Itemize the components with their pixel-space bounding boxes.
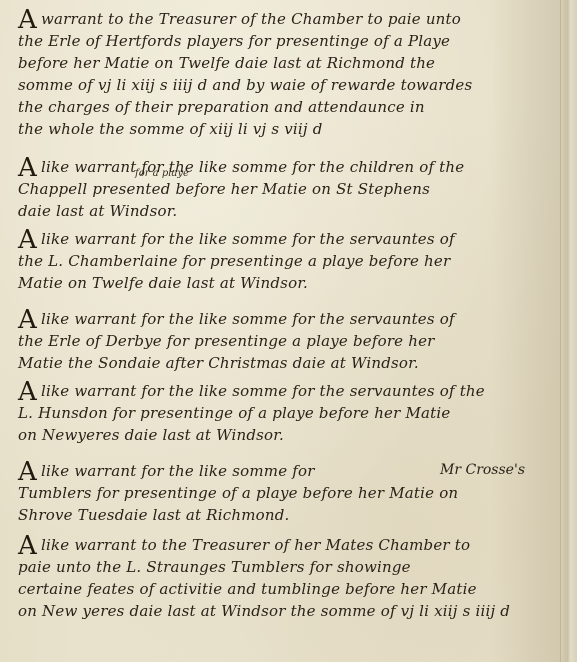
entry-line: somme of vj li xiij s iiij d and by waie… [18,74,518,96]
entry-line: like warrant to the Treasurer of her Mat… [18,534,518,556]
entry-line: like warrant for the like somme for the … [18,228,518,250]
entry-initial: A [18,230,37,250]
entry-initial: A [18,536,37,556]
warrant-entry-7: A like warrant to the Treasurer of her M… [18,534,518,622]
entry-line: daie last at Windsor. [18,200,518,222]
entry-line: like warrant for the like somme for the … [18,380,518,402]
entry-line: like warrant for the like somme for the … [18,308,518,330]
entry-line: like warrant for the like somme for the … [18,156,518,178]
entry-line: Matie the Sondaie after Christmas daie a… [18,352,518,374]
entry-line: Chappell presented before her Matie on S… [18,178,518,200]
entry-line: the L. Chamberlaine for presentinge a pl… [18,250,518,272]
entry-line: warrant to the Treasurer of the Chamber … [18,8,518,30]
entry-line: the Erle of Hertfords players for presen… [18,30,518,52]
warrant-entry-3: A like warrant for the like somme for th… [18,228,518,294]
entry-initial: A [18,462,37,482]
warrant-entry-5: A like warrant for the like somme for th… [18,380,518,446]
entry-line: before her Matie on Twelfe daie last at … [18,52,518,74]
entry-line: on Newyeres daie last at Windsor. [18,424,518,446]
entry-initial: A [18,382,37,402]
entry-initial: A [18,158,37,178]
entry-line: on New yeres daie last at Windsor the so… [18,600,518,622]
entry-line: Shrove Tuesdaie last at Richmond. [18,504,518,526]
warrant-entry-2: A like warrant for the like somme for th… [18,156,518,222]
entry-line: paie unto the L. Straunges Tumblers for … [18,556,518,578]
entry-line: like warrant for the like somme for [18,460,518,482]
entry-line: L. Hunsdon for presentinge of a playe be… [18,402,518,424]
entry-line: the charges of their preparation and att… [18,96,518,118]
entry-line: the whole the somme of xiij li vj s viij… [18,118,518,140]
entry-line: Matie on Twelfe daie last at Windsor. [18,272,518,294]
entry-line: certaine feates of activitie and tumblin… [18,578,518,600]
warrant-entry-6: A like warrant for the like somme for Tu… [18,460,518,526]
manuscript-page: A warrant to the Treasurer of the Chambe… [0,0,577,662]
entry-initial: A [18,10,37,30]
entry-line: Tumblers for presentinge of a playe befo… [18,482,518,504]
warrant-entry-1: A warrant to the Treasurer of the Chambe… [18,8,518,140]
entry-line: the Erle of Derbye for presentinge a pla… [18,330,518,352]
entry-initial: A [18,310,37,330]
binding-gutter [560,0,577,662]
warrant-entry-4: A like warrant for the like somme for th… [18,308,518,374]
